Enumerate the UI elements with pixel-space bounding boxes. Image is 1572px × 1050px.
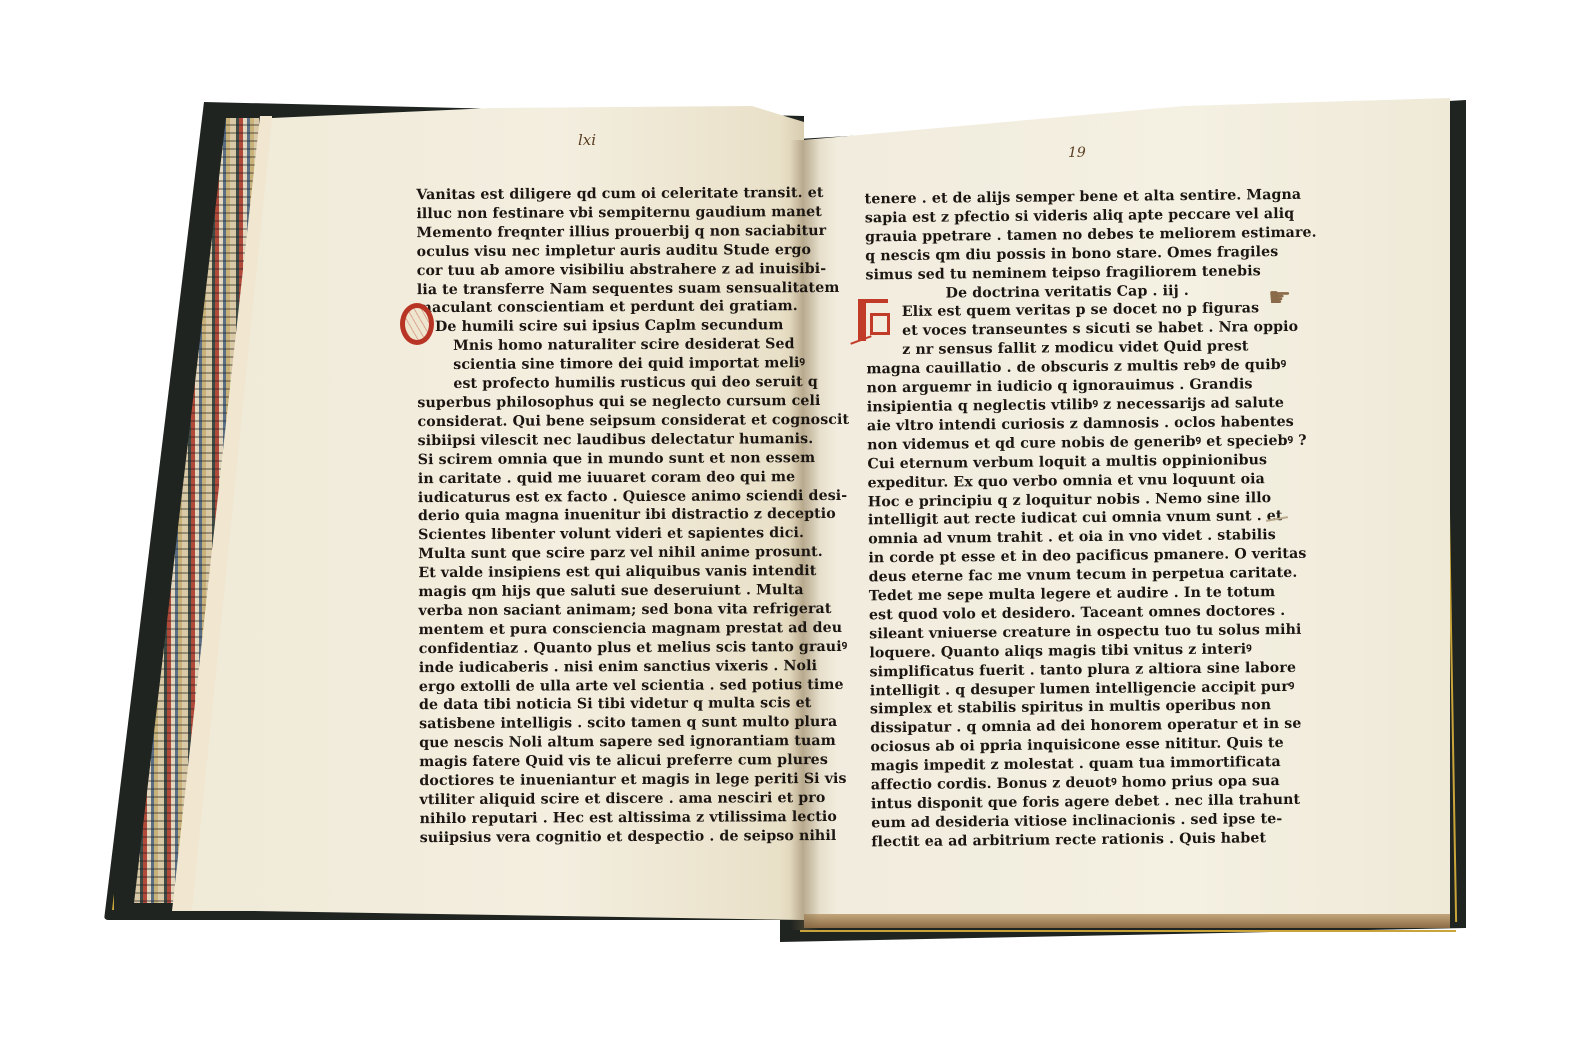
text-line: Vanitas est diligere qd cum oi celeritat… (416, 184, 848, 205)
text-line: inde iudicaberis . nisi enim sanctius vi… (419, 657, 851, 678)
text-line: de data tibi noticia Si tibi videtur q m… (419, 694, 851, 715)
text-line: Et valde insipiens est qui aliquibus van… (418, 562, 850, 583)
text-line: illuc non festinare vbi sempiternu gaudi… (416, 203, 848, 224)
text-line: nihilo reputari . Hec est altissima z vt… (420, 808, 852, 829)
text-line: confidentiaz . Quanto plus et melius sci… (419, 638, 851, 659)
text-line: satisbene intelligis . scito tamen q sun… (419, 713, 851, 734)
book-photograph: lxi 19 Vanitas est diligere qd cum oi ce… (0, 0, 1572, 1050)
text-line: in caritate . quid me iuuaret coram deo … (418, 467, 850, 488)
text-line: doctiores te inueniantur et magis in leg… (419, 770, 851, 791)
text-line: lia te transferre Nam sequentes suam sen… (417, 278, 849, 299)
text-line: Multa sunt que scire parz vel nihil anim… (418, 543, 850, 564)
text-line: ergo extolli de ulla arte vel scientia .… (419, 675, 851, 696)
gilt-fillet-bottom (800, 930, 1456, 932)
chapter-heading: De humili scire sui ipsius Caplm secundu… (417, 316, 849, 337)
folio-mark-right: 19 (1068, 145, 1086, 161)
text-line: est profecto humilis rusticus qui deo se… (417, 373, 849, 394)
left-page-text: Vanitas est diligere qd cum oi celeritat… (416, 184, 851, 848)
initial-stem (858, 301, 866, 341)
text-line: suiipsius vera cognitio et despectio . d… (420, 827, 852, 848)
initial-box (870, 313, 890, 335)
text-line: Memento freqnter illius prouerbij q non … (416, 222, 848, 243)
text-line: vtiliter aliquid scire et discere . ama … (419, 789, 851, 810)
text-line: cor tuu ab amore visibiliu abstrahere z … (417, 259, 849, 280)
text-line: magis fatere Quid vis te alicui preferre… (419, 751, 851, 772)
text-line: superbus philosophus qui se neglecto cur… (417, 392, 849, 413)
page-edge (804, 914, 1450, 928)
text-line: magis qm hijs que saluti sue deseruiunt … (418, 581, 850, 602)
text-line: maculant conscientiam et perdunt dei gra… (417, 297, 849, 318)
text-line: Scientes libenter volunt videri et sapie… (418, 524, 850, 545)
text-line: Si scirem omnia que in mundo sunt et non… (418, 449, 850, 470)
text-line: verba non saciant animam; sed bona vita … (418, 600, 850, 621)
text-line: oculus visu nec impletur auris auditu St… (417, 241, 849, 262)
text-line: considerat. Qui bene seipsum considerat … (417, 411, 849, 432)
right-page-text: tenere . et de alijs semper bene et alta… (865, 186, 1324, 852)
illuminated-initial-o (400, 303, 434, 345)
text-line: scientia sine timore dei quid importat m… (417, 354, 849, 375)
text-line: Mnis homo naturaliter scire desiderat Se… (417, 335, 849, 356)
text-line: que nescis Noli altum sapere sed ignoran… (419, 732, 851, 753)
text-line: mentem et pura consciencia magnam presta… (419, 619, 851, 640)
text-line: iudicaturus est ex facto . Quiesce animo… (418, 486, 850, 507)
text-line: derio quia magna inuenitur ibi distracti… (418, 505, 850, 526)
text-line: sibiipsi vilescit nec laudibus delectatu… (418, 430, 850, 451)
folio-mark-left: lxi (578, 131, 596, 149)
illuminated-initial-f (850, 295, 890, 345)
manicule-icon: ☛ (1268, 278, 1338, 318)
